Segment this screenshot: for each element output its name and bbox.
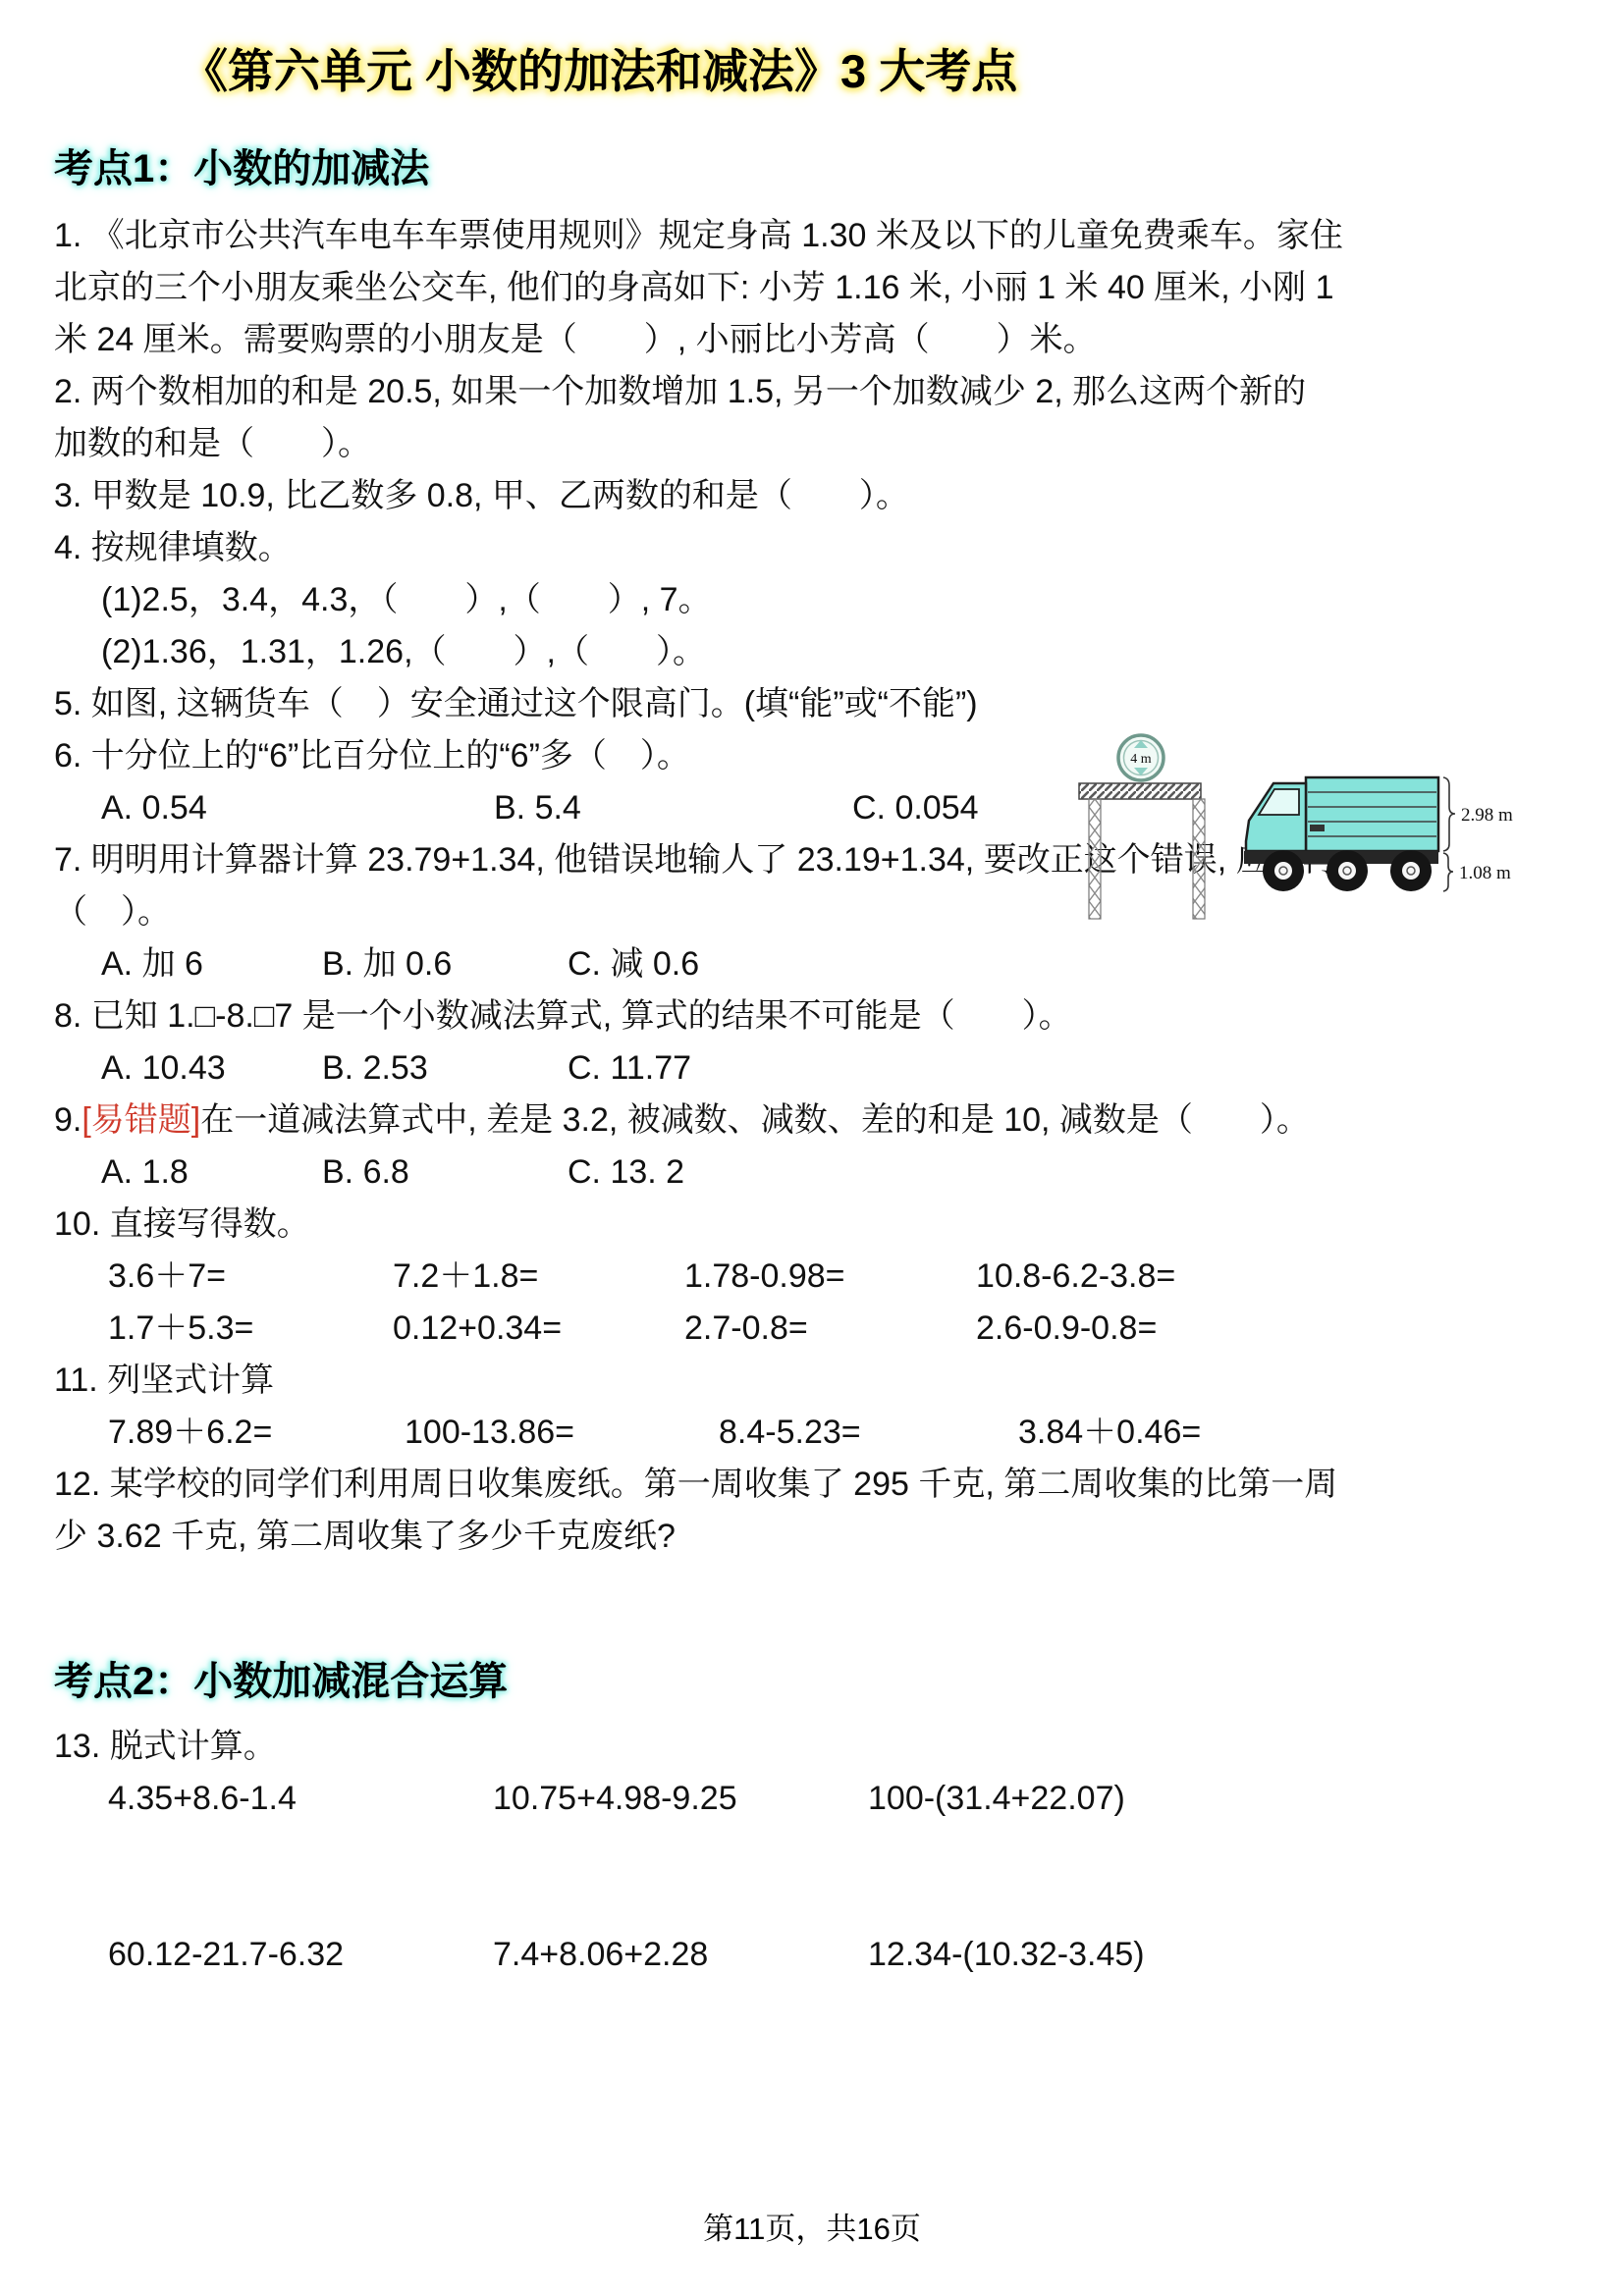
calc-item: 2.6-0.9-0.8= — [976, 1303, 1157, 1355]
q5-text: 5. 如图, 这辆货车（ ）安全通过这个限高门。(填“能”或“不能”) — [54, 678, 1570, 730]
q7-option-a: A. 加 6 — [101, 938, 322, 990]
page-footer: 第11页，共16页 — [0, 2204, 1624, 2248]
height-limit-truck-illustration: 4 m — [1065, 728, 1527, 925]
q9-error-tag: [易错题] — [81, 1101, 200, 1139]
q10-intro: 10. 直接写得数。 — [54, 1199, 1570, 1251]
truck-wheels-icon — [1263, 850, 1432, 891]
truck-icon: 2.98 m 1.08 m — [1244, 777, 1513, 891]
q8-option-b: B. 2.53 — [322, 1042, 568, 1095]
q6-option-c: C. 0.054 — [852, 782, 979, 834]
calc-item: 2.7-0.8= — [684, 1303, 976, 1355]
q2-line2: 加数的和是（ ）。 — [54, 418, 1570, 470]
truck-wheel-height-label: 1.08 m — [1459, 863, 1511, 883]
calc-item: 4.35+8.6-1.4 — [108, 1773, 493, 1825]
gate-sign-label: 4 m — [1130, 752, 1152, 767]
q9-number: 9. — [54, 1101, 81, 1139]
calc-item: 7.4+8.06+2.28 — [493, 1929, 868, 1981]
q10-row1: 3.6＋7= 7.2＋1.8= 1.78-0.98= 10.8-6.2-3.8= — [54, 1251, 1570, 1303]
q4-item1: (1)2.5，3.4，4.3，（ ）,（ ）, 7。 — [54, 574, 1570, 626]
q13-intro: 13. 脱式计算。 — [54, 1721, 1570, 1773]
truck-measurements: 2.98 m 1.08 m — [1443, 777, 1513, 891]
q6-option-a: A. 0.54 — [101, 782, 494, 834]
q7-options: A. 加 6 B. 加 0.6 C. 减 0.6 — [54, 938, 1570, 990]
q8-option-a: A. 10.43 — [101, 1042, 322, 1095]
calc-item: 3.6＋7= — [108, 1251, 393, 1303]
q9-option-a: A. 1.8 — [101, 1147, 322, 1199]
section2-heading: 考点2：小数加减混合运算 — [54, 1656, 1570, 1707]
calc-item: 1.7＋5.3= — [108, 1303, 393, 1355]
section1-heading: 考点1：小数的加减法 — [54, 143, 1570, 194]
worksheet-page: 《第六单元 小数的加法和减法》3 大考点 考点1：小数的加减法 1. 《北京市公… — [0, 0, 1624, 2296]
q9-option-b: B. 6.8 — [322, 1147, 568, 1199]
q9-options: A. 1.8 B. 6.8 C. 13. 2 — [54, 1147, 1570, 1199]
q12-line2: 少 3.62 千克, 第二周收集了多少千克废纸? — [54, 1511, 1570, 1563]
calc-item: 7.89＋6.2= — [108, 1407, 405, 1459]
q11-intro: 11. 列坚式计算 — [54, 1355, 1570, 1407]
q9-option-c: C. 13. 2 — [568, 1147, 684, 1199]
q9-text: 在一道减法算式中, 差是 3.2, 被减数、减数、差的和是 10, 减数是（ ）… — [200, 1101, 1310, 1139]
calc-item: 8.4-5.23= — [719, 1407, 1018, 1459]
q1-line2: 北京的三个小朋友乘坐公交车, 他们的身高如下: 小芳 1.16 米, 小丽 1 … — [54, 262, 1570, 314]
q6-option-b: B. 5.4 — [494, 782, 852, 834]
q7-option-c: C. 减 0.6 — [568, 938, 699, 990]
q3-text: 3. 甲数是 10.9, 比乙数多 0.8, 甲、乙两数的和是（ ）。 — [54, 470, 1570, 522]
q13-row1: 4.35+8.6-1.4 10.75+4.98-9.25 100-(31.4+2… — [54, 1773, 1570, 1825]
height-limit-gate-icon: 4 m — [1079, 735, 1205, 919]
q4-intro: 4. 按规律填数。 — [54, 522, 1570, 574]
q8-options: A. 10.43 B. 2.53 C. 11.77 — [54, 1042, 1570, 1095]
q4-item2: (2)1.36，1.31，1.26,（ ）,（ ）。 — [54, 626, 1570, 678]
calc-item: 0.12+0.34= — [393, 1303, 684, 1355]
calc-item: 60.12-21.7-6.32 — [108, 1929, 493, 1981]
q13-row2: 60.12-21.7-6.32 7.4+8.06+2.28 12.34-(10.… — [54, 1929, 1570, 1981]
q1-line3: 米 24 厘米。需要购票的小朋友是（ ）, 小丽比小芳高（ ）米。 — [54, 314, 1570, 366]
q7-option-b: B. 加 0.6 — [322, 938, 568, 990]
q8-option-c: C. 11.77 — [568, 1042, 691, 1095]
q1-line1: 1. 《北京市公共汽车电车车票使用规则》规定身高 1.30 米及以下的儿童免费乘… — [54, 210, 1570, 262]
q12-line1: 12. 某学校的同学们利用周日收集废纸。第一周收集了 295 千克, 第二周收集… — [54, 1459, 1570, 1511]
height-limit-sign-icon: 4 m — [1118, 735, 1164, 780]
calc-item: 7.2＋1.8= — [393, 1251, 684, 1303]
calc-item: 10.8-6.2-3.8= — [976, 1251, 1175, 1303]
worksheet-content: 《第六单元 小数的加法和减法》3 大考点 考点1：小数的加减法 1. 《北京市公… — [0, 0, 1624, 1981]
q8-text: 8. 已知 1.□-8.□7 是一个小数减法算式, 算式的结果不可能是（ ）。 — [54, 990, 1570, 1042]
calc-item: 100-(31.4+22.07) — [868, 1773, 1125, 1825]
page-title: 《第六单元 小数的加法和减法》3 大考点 — [54, 0, 1570, 102]
q9-text-line: 9.[易错题]在一道减法算式中, 差是 3.2, 被减数、减数、差的和是 10,… — [54, 1095, 1570, 1147]
calc-item: 3.84＋0.46= — [1018, 1407, 1201, 1459]
calc-item: 1.78-0.98= — [684, 1251, 976, 1303]
q10-row2: 1.7＋5.3= 0.12+0.34= 2.7-0.8= 2.6-0.9-0.8… — [54, 1303, 1570, 1355]
truck-body-height-label: 2.98 m — [1461, 805, 1513, 826]
calc-item: 100-13.86= — [405, 1407, 719, 1459]
calc-item: 10.75+4.98-9.25 — [493, 1773, 868, 1825]
q11-row: 7.89＋6.2= 100-13.86= 8.4-5.23= 3.84＋0.46… — [54, 1407, 1570, 1459]
q5-figure: 4 m — [1065, 728, 1527, 925]
q2-line1: 2. 两个数相加的和是 20.5, 如果一个加数增加 1.5, 另一个加数减少 … — [54, 366, 1570, 418]
calc-item: 12.34-(10.32-3.45) — [868, 1929, 1145, 1981]
section2-body: 13. 脱式计算。 4.35+8.6-1.4 10.75+4.98-9.25 1… — [54, 1721, 1570, 1981]
